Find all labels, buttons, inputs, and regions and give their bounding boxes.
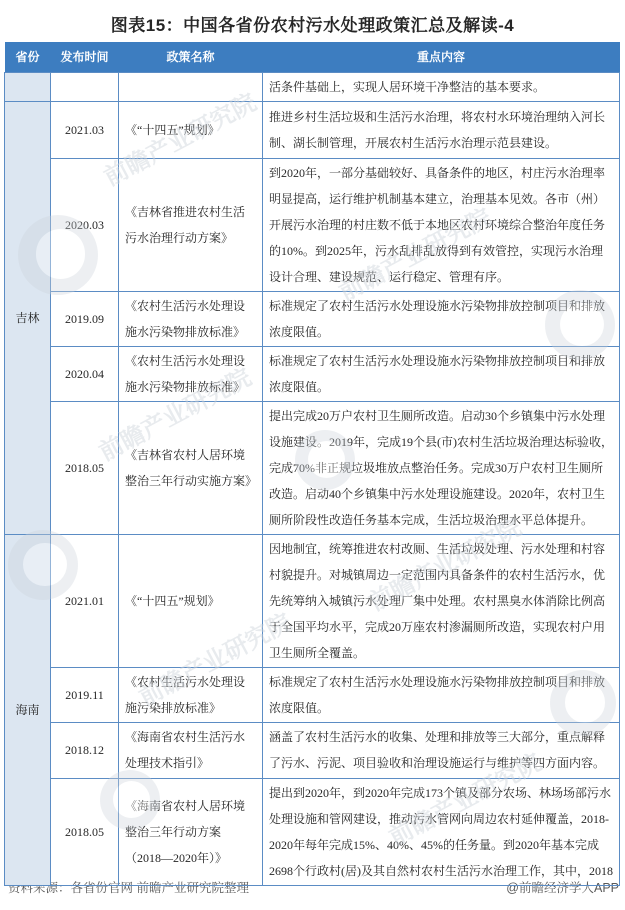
content-cell: 提出到2020年，到2020年完成173个镇及部分农场、林场场部污水处理设施和管… — [263, 778, 620, 885]
content-cell: 提出完成20万户农村卫生厕所改造。启动30个乡镇集中污水处理设施建设。2019年… — [263, 401, 620, 534]
table-row: 活条件基础上，实现人居环境干净整洁的基本要求。 — [5, 72, 620, 101]
policy-cell — [119, 72, 263, 101]
policy-table: 省份发布时间政策名称重点内容 活条件基础上，实现人居环境干净整洁的基本要求。吉林… — [4, 42, 620, 886]
table-header-row: 省份发布时间政策名称重点内容 — [5, 42, 620, 72]
content-cell: 涵盖了农村生活污水的收集、处理和排放等三大部分，重点解释了污水、污泥、项目验收和… — [263, 722, 620, 778]
date-cell: 2020.03 — [51, 158, 119, 291]
policy-cell: 《吉林省推进农村生活污水治理行动方案》 — [119, 158, 263, 291]
content-cell: 标准规定了农村生活污水处理设施水污染物排放控制项目和排放浓度限值。 — [263, 346, 620, 401]
policy-cell: 《农村生活污水处理设施污染排放标准》 — [119, 667, 263, 722]
table-row: 2019.11《农村生活污水处理设施污染排放标准》标准规定了农村生活污水处理设施… — [5, 667, 620, 722]
page-title: 图表15：中国各省份农村污水处理政策汇总及解读-4 — [0, 11, 625, 36]
content-cell: 推进乡村生活垃圾和生活污水治理，将农村水环境治理纳入河长制、湖长制管理，开展农村… — [263, 101, 620, 158]
column-header-1: 发布时间 — [51, 42, 119, 72]
table-row: 吉林2021.03《“十四五”规划》推进乡村生活垃圾和生活污水治理，将农村水环境… — [5, 101, 620, 158]
date-cell: 2019.09 — [51, 291, 119, 346]
content-cell: 标准规定了农村生活污水处理设施水污染物排放控制项目和排放浓度限值。 — [263, 291, 620, 346]
content-cell: 因地制宜，统筹推进农村改厕、生活垃圾处理、污水处理和村容村貌提升。对城镇周边一定… — [263, 534, 620, 667]
report-figure-page: 图表15：中国各省份农村污水处理政策汇总及解读-4 省份发布时间政策名称重点内容… — [0, 0, 625, 910]
date-cell: 2021.01 — [51, 534, 119, 667]
date-cell: 2020.04 — [51, 346, 119, 401]
content-cell: 到2020年，一部分基础较好、具备条件的地区，村庄污水治理率明显提高，运行维护机… — [263, 158, 620, 291]
column-header-0: 省份 — [5, 42, 51, 72]
date-cell: 2018.05 — [51, 401, 119, 534]
date-cell: 2018.12 — [51, 722, 119, 778]
province-cell: 海南 — [5, 534, 51, 885]
policy-cell: 《“十四五”规划》 — [119, 101, 263, 158]
policy-cell: 《农村生活污水处理设施水污染物排放标准》 — [119, 346, 263, 401]
table-row: 海南2021.01《“十四五”规划》因地制宜，统筹推进农村改厕、生活垃圾处理、污… — [5, 534, 620, 667]
date-cell: 2018.05 — [51, 778, 119, 885]
date-cell: 2019.11 — [51, 667, 119, 722]
date-cell: 2021.03 — [51, 101, 119, 158]
table-row: 2020.03《吉林省推进农村生活污水治理行动方案》到2020年，一部分基础较好… — [5, 158, 620, 291]
table-row: 2019.09《农村生活污水处理设施水污染物排放标准》标准规定了农村生活污水处理… — [5, 291, 620, 346]
column-header-3: 重点内容 — [263, 42, 620, 72]
table-row: 2018.05《海南省农村人居环境整治三年行动方案（2018—2020年）》提出… — [5, 778, 620, 885]
policy-cell: 《吉林省农村人居环境整治三年行动实施方案》 — [119, 401, 263, 534]
content-cell: 标准规定了农村生活污水处理设施水污染物排放控制项目和排放浓度限值。 — [263, 667, 620, 722]
province-cell — [5, 72, 51, 101]
table-row: 2018.12《海南省农村生活污水处理技术指引》涵盖了农村生活污水的收集、处理和… — [5, 722, 620, 778]
province-cell: 吉林 — [5, 101, 51, 534]
column-header-2: 政策名称 — [119, 42, 263, 72]
date-cell — [51, 72, 119, 101]
content-cell: 活条件基础上，实现人居环境干净整洁的基本要求。 — [263, 72, 620, 101]
policy-cell: 《“十四五”规划》 — [119, 534, 263, 667]
policy-cell: 《农村生活污水处理设施水污染物排放标准》 — [119, 291, 263, 346]
table-row: 2018.05《吉林省农村人居环境整治三年行动实施方案》提出完成20万户农村卫生… — [5, 401, 620, 534]
table-row: 2020.04《农村生活污水处理设施水污染物排放标准》标准规定了农村生活污水处理… — [5, 346, 620, 401]
policy-cell: 《海南省农村人居环境整治三年行动方案（2018—2020年）》 — [119, 778, 263, 885]
policy-cell: 《海南省农村生活污水处理技术指引》 — [119, 722, 263, 778]
